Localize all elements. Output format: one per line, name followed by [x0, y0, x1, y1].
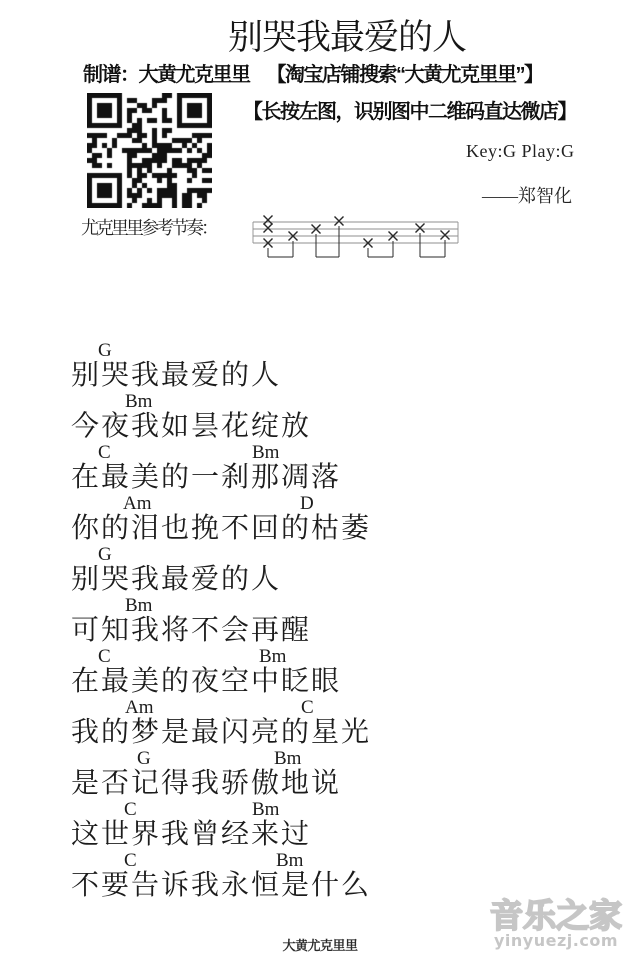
chord-label: C — [98, 443, 111, 462]
lyric-line: 在最美的夜空中眨眼 — [71, 666, 551, 698]
lyric-line: 在最美的一刹那凋落 — [71, 462, 551, 494]
lyric-line: 你的泪也挽不回的枯萎 — [71, 513, 551, 545]
chord-label: C — [124, 800, 137, 819]
chord-row: G — [71, 341, 551, 360]
chord-row: Am C — [71, 698, 551, 717]
lyric-line: 别哭我最爱的人 — [71, 360, 551, 392]
lyric-pair: Am D 你的泪也挽不回的枯萎 — [71, 494, 551, 545]
chord-label: Bm — [252, 443, 279, 462]
chord-label: G — [137, 749, 151, 768]
chord-row: G Bm — [71, 749, 551, 768]
chord-row: C Bm — [71, 851, 551, 870]
lyric-pair: Am C 我的梦是最闪亮的星光 — [71, 698, 551, 749]
chord-label: C — [98, 647, 111, 666]
lyric-pair: Bm 可知我将不会再醒 — [71, 596, 551, 647]
lyric-pair: G Bm 是否记得我骄傲地说 — [71, 749, 551, 800]
lyric-line: 我的梦是最闪亮的星光 — [71, 717, 551, 749]
chord-label: Bm — [274, 749, 301, 768]
lyric-pair: C Bm 不要告诉我永恒是什么 — [71, 851, 551, 902]
chord-sheet-page: 别哭我最爱的人 制谱：大黄尤克里里 【淘宝店铺搜索“大黄尤克里里”】 【长按左图… — [0, 0, 640, 961]
chord-label: Am — [125, 698, 154, 717]
chord-label: G — [98, 545, 112, 564]
chord-label: Bm — [125, 596, 152, 615]
lyric-pair: C Bm 在最美的夜空中眨眼 — [71, 647, 551, 698]
taobao-note: 【淘宝店铺搜索“大黄尤克里里”】 — [267, 58, 543, 87]
chord-row: G — [71, 545, 551, 564]
rhythm-staff-notation — [250, 212, 465, 267]
key-play-info: Key:G Play:G — [466, 141, 575, 162]
chord-row: Bm — [71, 596, 551, 615]
qr-instruction: 【长按左图，识别图中二维码直达微店】 — [243, 95, 576, 124]
lyric-pair: C Bm 在最美的一刹那凋落 — [71, 443, 551, 494]
chord-label: D — [300, 494, 314, 513]
chord-label: C — [301, 698, 314, 717]
lyric-pair: G 别哭我最爱的人 — [71, 341, 551, 392]
chord-row: Bm — [71, 392, 551, 411]
lyric-line: 是否记得我骄傲地说 — [71, 768, 551, 800]
chord-label: C — [124, 851, 137, 870]
rhythm-label: 尤克里里参考节奏： — [81, 214, 216, 240]
chord-label: G — [98, 341, 112, 360]
chord-label: Bm — [125, 392, 152, 411]
chord-row: C Bm — [71, 647, 551, 666]
lyric-line: 别哭我最爱的人 — [71, 564, 551, 596]
chord-label: Bm — [276, 851, 303, 870]
header-credit-row: 制谱：大黄尤克里里 【淘宝店铺搜索“大黄尤克里里”】 — [83, 58, 543, 87]
chord-row: Am D — [71, 494, 551, 513]
footer-brand: 大黄尤克里里 — [0, 935, 640, 954]
lyric-line: 不要告诉我永恒是什么 — [71, 870, 551, 902]
lyrics-block: G 别哭我最爱的人 Bm 今夜我如昙花绽放 C Bm 在最美的一刹那凋落 Am … — [71, 341, 551, 902]
lyric-pair: C Bm 这世界我曾经来过 — [71, 800, 551, 851]
chord-label: Bm — [259, 647, 286, 666]
artist-name: ——郑智化 — [482, 182, 572, 208]
lyric-line: 可知我将不会再醒 — [71, 615, 551, 647]
chord-row: C Bm — [71, 443, 551, 462]
chord-label: Bm — [252, 800, 279, 819]
chord-row: C Bm — [71, 800, 551, 819]
lyric-line: 今夜我如昙花绽放 — [71, 411, 551, 443]
watermark-logo-text: 音乐之家 — [486, 899, 626, 932]
lyric-pair: Bm 今夜我如昙花绽放 — [71, 392, 551, 443]
lyric-pair: G 别哭我最爱的人 — [71, 545, 551, 596]
song-title: 别哭我最爱的人 — [228, 10, 466, 60]
chord-label: Am — [123, 494, 152, 513]
lyric-line: 这世界我曾经来过 — [71, 819, 551, 851]
weidian-qr-code — [87, 93, 212, 208]
credit-label: 制谱：大黄尤克里里 — [83, 58, 250, 87]
